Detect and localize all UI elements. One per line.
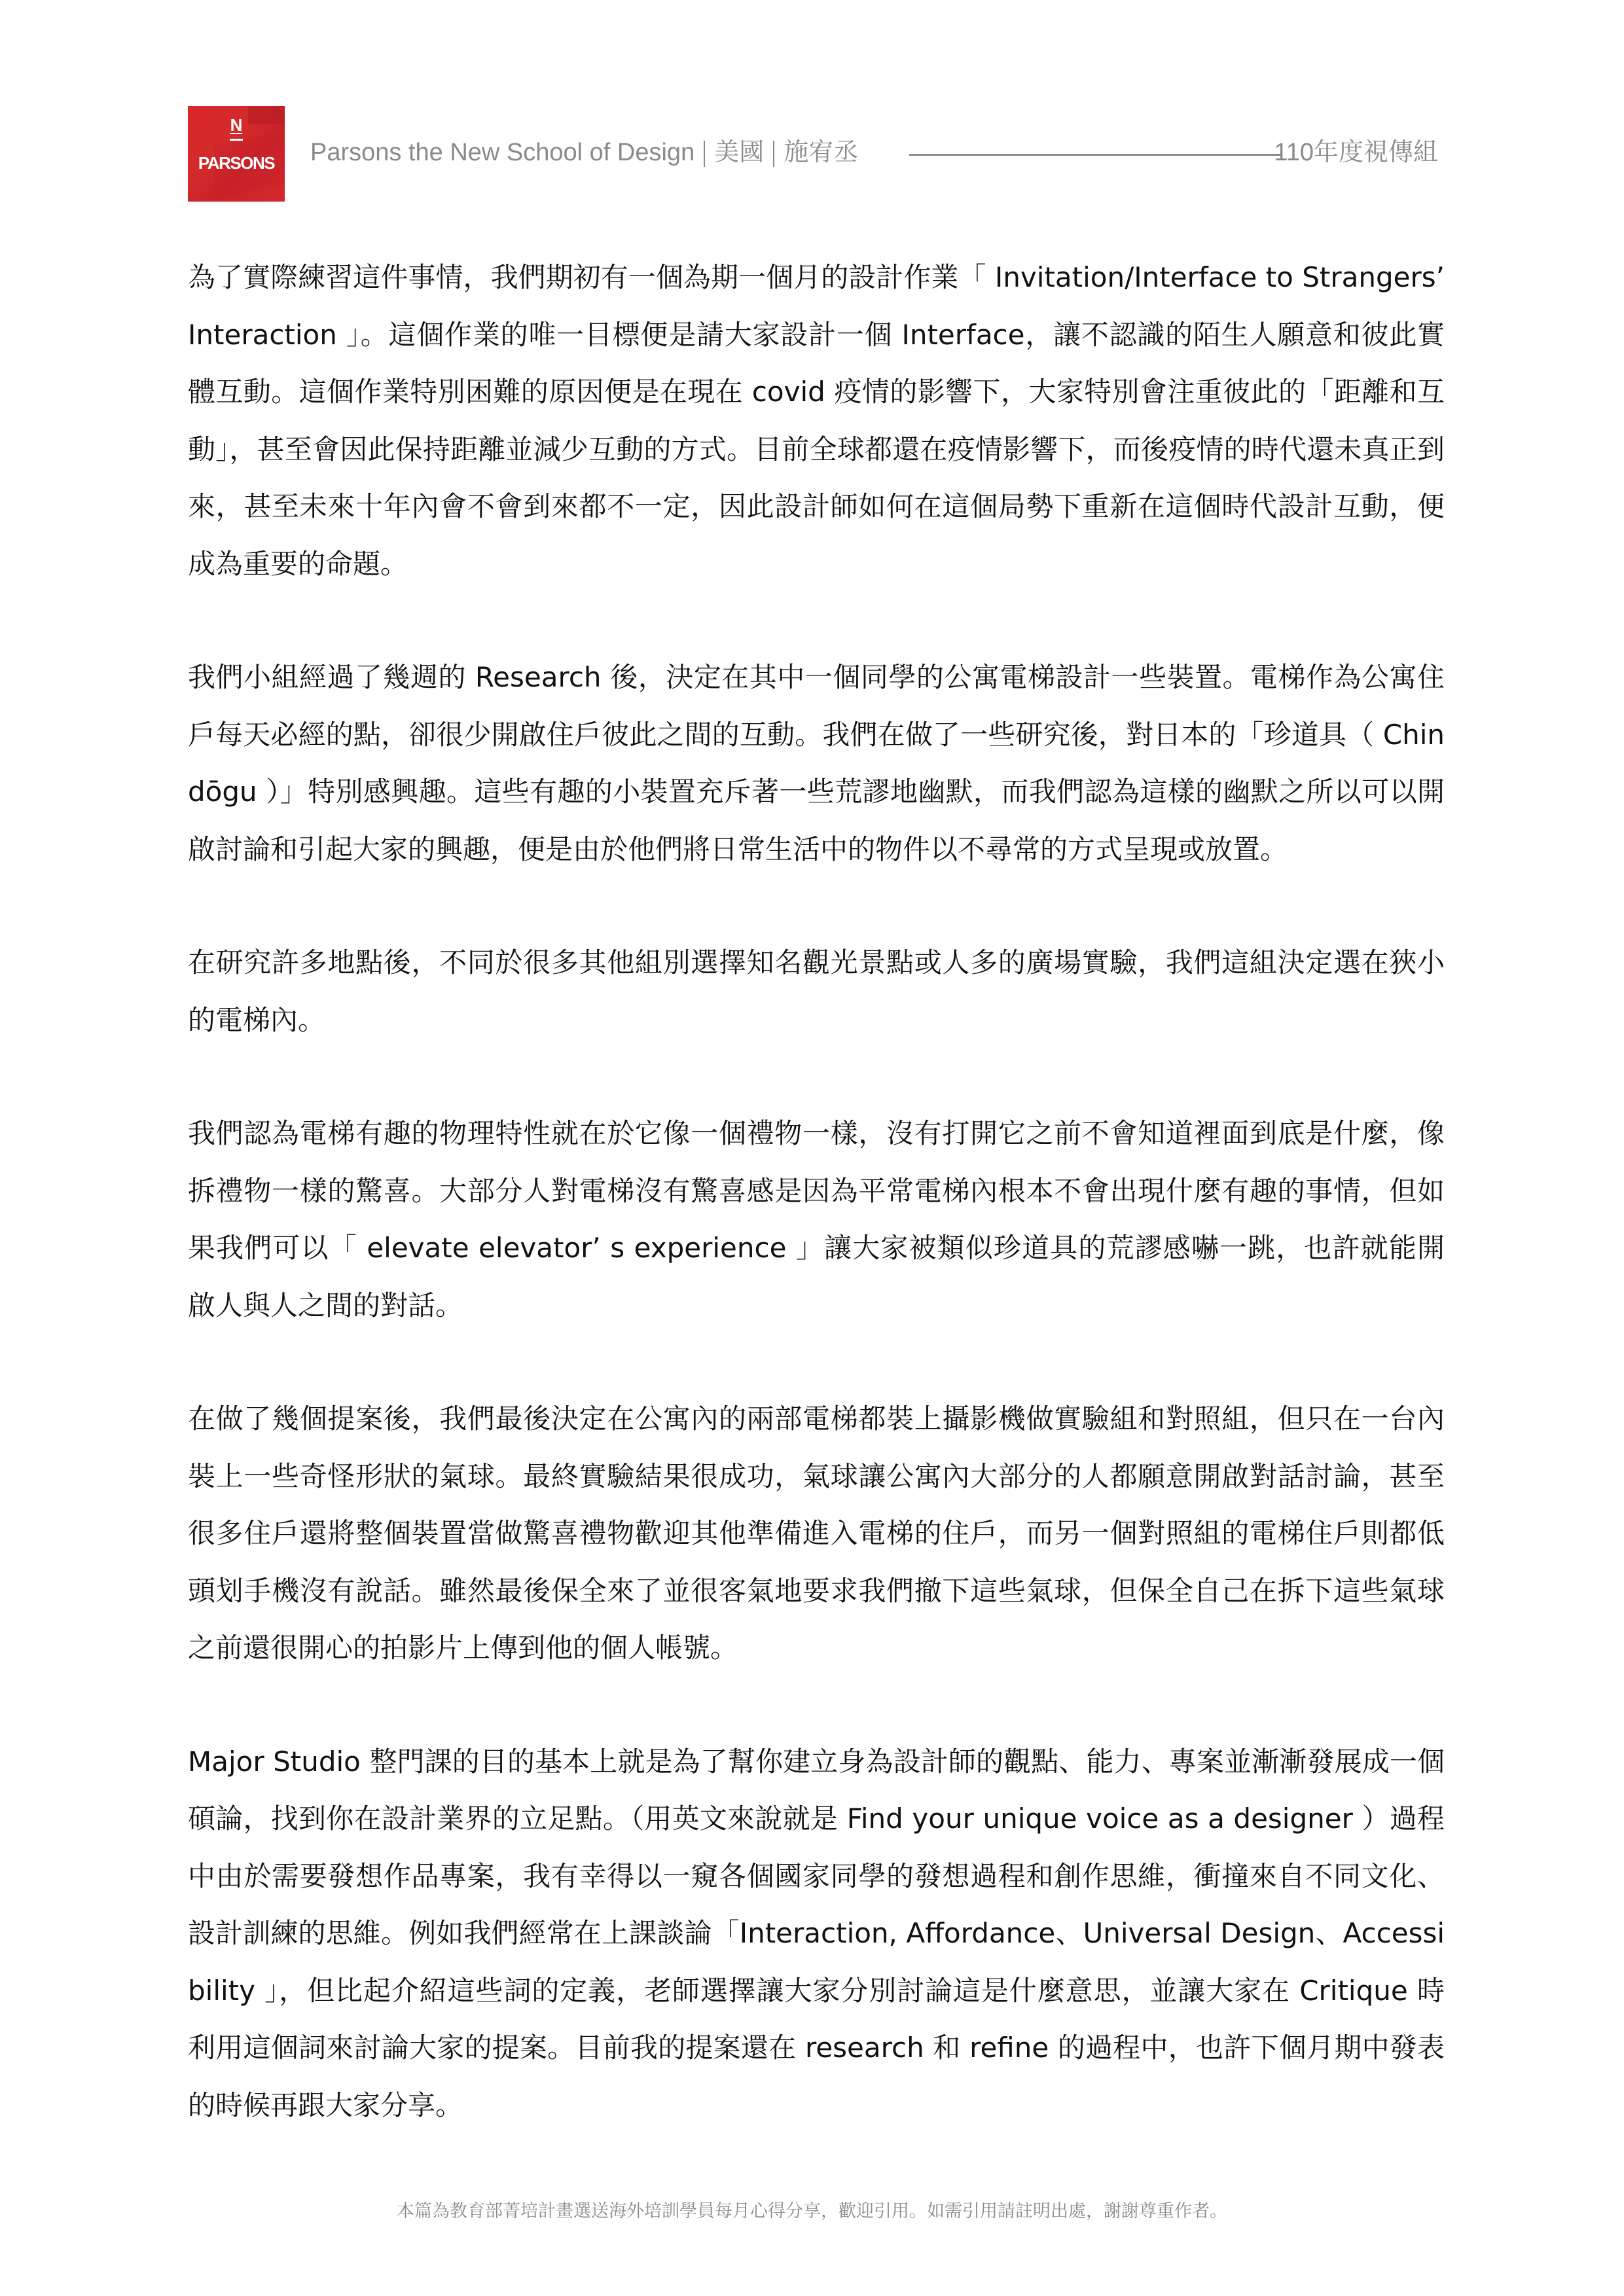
- logo-n-bar: [230, 139, 243, 141]
- author-name: 施宥丞: [784, 139, 858, 166]
- country: 美國: [714, 139, 764, 166]
- paragraph: 我們認為電梯有趣的物理特性就在於它像一個禮物一樣，沒有打開它之前不會知道裡面到底…: [188, 1105, 1445, 1334]
- paragraph: 我們小組經過了幾週的 Research 後，決定在其中一個同學的公寓電梯設計一些…: [188, 649, 1445, 878]
- page-header: N PARSONS Parsons the New School of Desi…: [188, 106, 1445, 202]
- article-body: 為了實際練習這件事情，我們期初有一個為期一個月的設計作業「 Invitation…: [188, 249, 1445, 2190]
- paragraph: 在研究許多地點後，不同於很多其他組別選擇知名觀光景點或人多的廣場實驗，我們這組決…: [188, 934, 1445, 1049]
- logo-n-mark: N: [188, 117, 285, 134]
- parsons-logo: N PARSONS: [188, 106, 285, 202]
- paragraph: 為了實際練習這件事情，我們期初有一個為期一個月的設計作業「 Invitation…: [188, 249, 1445, 592]
- separator: [773, 141, 774, 167]
- cohort-label: 110年度視傳組: [1274, 136, 1438, 169]
- separator: [704, 141, 705, 167]
- header-rule: [909, 154, 1281, 156]
- paragraph: 在做了幾個提案後，我們最後決定在公寓內的兩部電梯都裝上攝影機做實驗組和對照組，但…: [188, 1390, 1445, 1677]
- paragraph: Major Studio 整門課的目的基本上就是為了幫你建立身為設計師的觀點、能…: [188, 1733, 1445, 2134]
- logo-wordmark: PARSONS: [188, 153, 285, 173]
- school-name: Parsons the New School of Design: [310, 139, 695, 166]
- footer-note: 本篇為教育部菁培計畫選送海外培訓學員每月心得分享，歡迎引用。如需引用請註明出處，…: [0, 2197, 1624, 2222]
- header-info: Parsons the New School of Design美國施宥丞: [310, 136, 858, 169]
